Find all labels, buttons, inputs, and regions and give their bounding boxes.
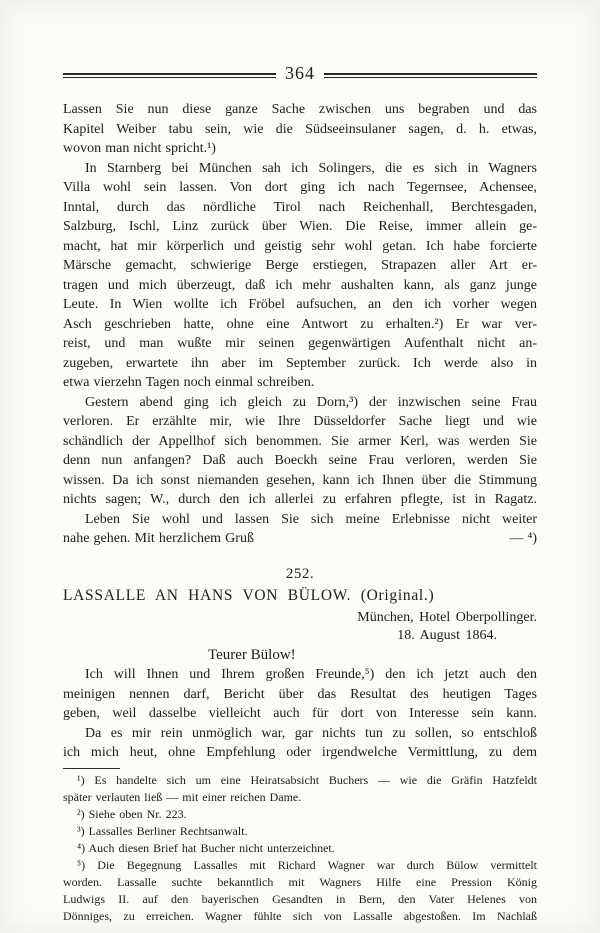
text-line: Da es mir rein unmöglich war, gar nichts… xyxy=(63,724,537,744)
letter-heading: LASSALLE AN HANS VON BÜLOW. (Original.) xyxy=(63,586,537,606)
text-line: zugeben, erwartete ihn aber im September… xyxy=(63,354,537,374)
paragraph: Leben Sie wohl und lassen Sie sich meine… xyxy=(63,510,537,549)
section-number: 252. xyxy=(63,564,537,584)
footnote-line: Dönniges, zu erreichen. Wagner fühlte si… xyxy=(63,908,537,925)
footnotes: ¹) Es handelte sich um eine Heiratsabsic… xyxy=(63,772,537,925)
header-rule-right xyxy=(324,73,537,78)
text-line: Villa wohl sein lassen. Von dort ging ic… xyxy=(63,178,537,198)
text-line: macht, hat mir körperlich und geistig se… xyxy=(63,237,537,257)
paragraph: In Starnberg bei München sah ich Solinge… xyxy=(63,159,537,393)
text-line: Gestern abend ging ich gleich zu Dorn,³)… xyxy=(63,393,537,413)
dateline-date: 18. August 1864. xyxy=(357,627,537,645)
paragraph: Ich will Ihnen und Ihrem großen Freunde,… xyxy=(63,665,537,724)
paragraph: Da es mir rein unmöglich war, gar nichts… xyxy=(63,724,537,763)
text-line: Ich will Ihnen und Ihrem großen Freunde,… xyxy=(63,665,537,685)
signature-mark: — ⁴) xyxy=(509,529,537,549)
text-line: tragen und mich überzeugt, daß ich mehr … xyxy=(63,276,537,296)
footnote-line: ¹) Es handelte sich um eine Heiratsabsic… xyxy=(63,772,537,789)
text-line: Märsche gemacht, schwierige Berge erstie… xyxy=(63,256,537,276)
running-head: 364 xyxy=(63,66,537,84)
text-line: Leute. In Wien wollte ich Fröbel aufsuch… xyxy=(63,295,537,315)
footnote-line: worden. Lassalle suchte bekanntlich mit … xyxy=(63,874,537,891)
footnote-line: ²) Siehe oben Nr. 223. xyxy=(63,806,537,823)
page-number: 364 xyxy=(285,64,315,82)
text-line: Leben Sie wohl und lassen Sie sich meine… xyxy=(63,510,537,530)
dateline-inner: München, Hotel Oberpollinger. 18. August… xyxy=(357,609,537,645)
footnote-line: Ludwigs II. auf den bayerischen Gesandte… xyxy=(63,891,537,908)
footnote: ⁴) Auch diesen Brief hat Bucher nicht un… xyxy=(63,840,537,857)
footnote: ⁵) Die Begegnung Lassalles mit Richard W… xyxy=(63,857,537,925)
dateline-place: München, Hotel Oberpollinger. xyxy=(357,609,537,627)
footnote-line: später verlauten ließ — mit einer reiche… xyxy=(63,789,537,806)
text-line: Lassen Sie nun diese ganze Sache zwische… xyxy=(63,100,537,120)
text-line: nichts sagen; W., durch den ich allerlei… xyxy=(63,490,537,510)
footnote-line: ⁵) Die Begegnung Lassalles mit Richard W… xyxy=(63,857,537,874)
salutation: Teurer Bülow! xyxy=(208,646,537,666)
text-line: ich mich heut, ohne Empfehlung oder irge… xyxy=(63,743,537,763)
text-line: etwa vierzehn Tagen noch einmal schreibe… xyxy=(63,373,537,393)
footnote: ³) Lassalles Berliner Rechtsanwalt. xyxy=(63,823,537,840)
footnote-line: ⁴) Auch diesen Brief hat Bucher nicht un… xyxy=(63,840,537,857)
footnote-separator xyxy=(63,768,120,769)
paragraph: Gestern abend ging ich gleich zu Dorn,³)… xyxy=(63,393,537,510)
text-line: In Starnberg bei München sah ich Solinge… xyxy=(63,159,537,179)
text-line: wissen. Da ich sonst niemanden gesehen, … xyxy=(63,471,537,491)
book-page: 364 Lassen Sie nun diese ganze Sache zwi… xyxy=(0,0,600,933)
text-line: nahe gehen. Mit herzlichem Gruß — ⁴) xyxy=(63,529,537,549)
text-block: Lassen Sie nun diese ganze Sache zwische… xyxy=(63,100,537,925)
text-line: reist, und man wußte mir seinen gegenwär… xyxy=(63,334,537,354)
text-line: schändlich der Appellhof sich benommen. … xyxy=(63,432,537,452)
paragraph: Lassen Sie nun diese ganze Sache zwische… xyxy=(63,100,537,159)
dateline: München, Hotel Oberpollinger. 18. August… xyxy=(63,609,537,645)
text-line: Asch geschrieben hatte, ohne eine Antwor… xyxy=(63,315,537,335)
text-line: Salzburg, Ischl, Linz zurück über Wien. … xyxy=(63,217,537,237)
text-line: denn nun anfangen? Daß auch Boeckh seine… xyxy=(63,451,537,471)
text-line: geben, weil dasselbe vielleicht auch für… xyxy=(63,704,537,724)
text-line: Kapitel Weiber tabu sein, wie die Südsee… xyxy=(63,120,537,140)
text-line: Inntal, durch das nördliche Tirol nach R… xyxy=(63,198,537,218)
text-line: wovon man nicht spricht.¹) xyxy=(63,139,537,159)
closing-text: nahe gehen. Mit herzlichem Gruß xyxy=(63,529,254,549)
text-line: verloren. Er erzählte mir, wie Ihre Düss… xyxy=(63,412,537,432)
footnote: ¹) Es handelte sich um eine Heiratsabsic… xyxy=(63,772,537,806)
text-line: meinigen nennen darf, Bericht über das R… xyxy=(63,685,537,705)
footnote-line: ³) Lassalles Berliner Rechtsanwalt. xyxy=(63,823,537,840)
header-rule-left xyxy=(63,73,276,78)
footnote: ²) Siehe oben Nr. 223. xyxy=(63,806,537,823)
